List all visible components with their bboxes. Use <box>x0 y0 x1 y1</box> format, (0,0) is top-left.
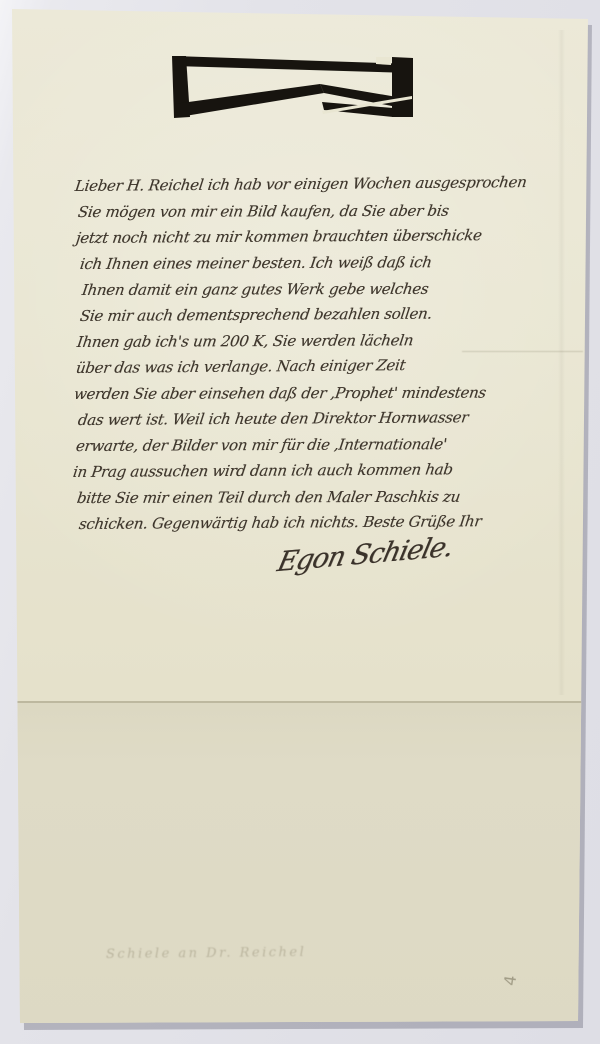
handwriting-line: Sie mir auch dementsprechend bezahlen so… <box>79 305 433 325</box>
minor-crease-vertical <box>558 30 565 695</box>
letter-paper: Lieber H. Reichel ich hab vor einigen Wo… <box>0 0 600 1044</box>
handwriting-line: jetzt noch nicht zu mir kommen brauchten… <box>75 226 483 247</box>
photograph-background: Lieber H. Reichel ich hab vor einigen Wo… <box>0 0 600 1044</box>
handwriting-line: Ihnen gab ich's um 200 K, Sie werden läc… <box>76 331 415 351</box>
handwriting-line: ich Ihnen eines meiner besten. Ich weiß … <box>79 253 433 273</box>
handwriting-line: Ihnen damit ein ganz gutes Werk gebe wel… <box>81 280 430 299</box>
handwriting-line: in Prag aussuchen wird dann ich auch kom… <box>72 460 454 481</box>
letterhead-logo-svg <box>171 53 415 121</box>
letterhead-logo-icon <box>171 53 415 121</box>
pencil-inscription: Schiele an Dr. Reichel <box>106 945 306 962</box>
signature: Egon Schiele. <box>274 531 456 578</box>
handwriting-line: schicken. Gegenwärtig hab ich nichts. Be… <box>78 512 483 533</box>
handwriting-line: über das was ich verlange. Nach einiger … <box>75 356 407 377</box>
handwriting-line: erwarte, der Bilder von mir für die ‚Int… <box>75 435 448 455</box>
handwriting-line: das wert ist. Weil ich heute den Direkto… <box>77 408 470 429</box>
handwriting-line: Lieber H. Reichel ich hab vor einigen Wo… <box>74 173 528 195</box>
handwriting-line: bitte Sie mir einen Teil durch den Maler… <box>76 488 461 507</box>
handwriting-line: Sie mögen von mir ein Bild kaufen, da Si… <box>77 202 450 221</box>
fold-crease-lower-panel <box>0 701 600 1044</box>
handwriting-line: werden Sie aber einsehen daß der ‚Prophe… <box>73 384 487 403</box>
